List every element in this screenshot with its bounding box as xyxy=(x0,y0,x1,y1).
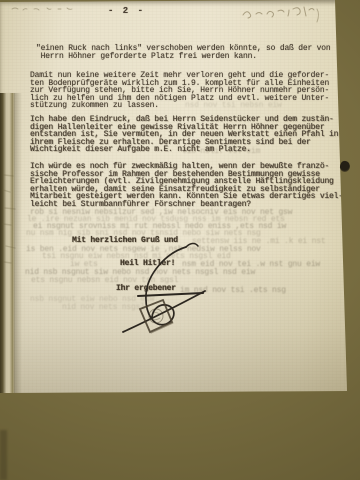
paragraph-2: Damit nun keine weitere Zeit mehr verlor… xyxy=(30,72,329,110)
typed-line: Herrn Höhner geforderte Platz frei werde… xyxy=(36,53,330,61)
photo-frame: - 2 - "einen Ruck nach links" verschoben… xyxy=(0,0,360,480)
page-number: - 2 - xyxy=(108,6,145,16)
paragraph-1: "einen Ruck nach links" verschoben werde… xyxy=(36,45,330,60)
ghost-text-line: tib nsli. vs. eim xyxy=(182,147,260,156)
signoff-line: Ihr ergebener xyxy=(116,284,176,293)
paragraph-4: Ich würde es noch für zweckmäßig halten,… xyxy=(30,163,343,209)
ghost-text-line: nid nov nets nsgsl xyxy=(62,303,145,312)
typed-line: stützung zukommen zu lassen. xyxy=(30,102,329,110)
ghost-text-line: nsd nov tsi nebsn eiw xyxy=(185,101,282,110)
ghost-text-line: im nsd nov tsi .ets nsg xyxy=(180,286,286,295)
underlying-page-edge xyxy=(0,93,15,393)
page-edge-shadow xyxy=(14,93,22,393)
bottom-left-shadow xyxy=(0,430,7,480)
ghost-text-line: ets nsgnu nebsn eid nov tsn sgsl xyxy=(31,276,178,285)
